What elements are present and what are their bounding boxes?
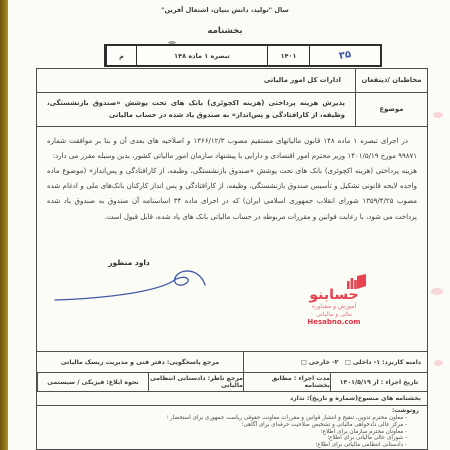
- audience-value: ادارات کل امور مالیاتی: [37, 69, 355, 92]
- execution-duration: مدت اجراء : مطابق بخشنامه: [243, 373, 330, 391]
- book-chart-icon: [345, 274, 367, 294]
- circular-number-handwritten: ۳۵: [338, 49, 352, 62]
- subject-value: پذیرش هزینه پرداختی (هزینه اکچوئری) بانک…: [37, 93, 355, 126]
- audience-row: مخاطبان /ذینفعان ادارات کل امور مالیاتی: [37, 69, 427, 93]
- logo-url: Hesabno.com: [299, 318, 369, 327]
- circular-number-cell: ۳۵: [309, 46, 380, 65]
- circular-code-cell: م: [106, 46, 136, 65]
- cc-item: - مرکز عالی دادخواهی مالیاتی و تشخیص صلا…: [41, 422, 419, 429]
- scope-of-application: دامنه کاربرد: ۱- داخلی □ ۲- خارجی □: [243, 352, 427, 372]
- logo-tagline-1: آموزش و مشاوره: [299, 303, 369, 311]
- cc-item: - معاون محترم تدوین، تنقیح و انتشار قوان…: [41, 415, 419, 422]
- notification-method: نحوه ابلاغ: فیزیکی / سیستمی: [37, 373, 148, 391]
- hesabno-watermark: حسابنو آموزش و مشاوره مالی و مالیاتی Hes…: [299, 282, 369, 327]
- scanned-circular-document: سال "تولید، دانش بنیان، اشتغال آفرین" بخ…: [0, 0, 450, 450]
- repealed-circulars: بخشنامه های منسوخ(شماره و تاریخ): ندارد: [37, 392, 427, 406]
- circular-reference-table: ۳۵ ۱۴۰۱ تبصره ۱ ماده ۱۴۸ م: [104, 44, 382, 67]
- body-paragraph-1: در اجرای تبصره ۱ ماده ۱۴۸ قانون مالیاتها…: [47, 134, 417, 164]
- subject-row: موضوع پذیرش هزینه پرداختی (هزینه اکچوئری…: [37, 93, 427, 127]
- year-slogan: سال "تولید، دانش بنیان، اشتغال آفرین": [10, 6, 440, 14]
- document-title: بخشنامه: [10, 26, 440, 36]
- page-edge-strip: [0, 0, 8, 450]
- body-cell: در اجرای تبصره ۱ ماده ۱۴۸ قانون مالیاتها…: [37, 127, 427, 353]
- scope-row: دامنه کاربرد: ۱- داخلی □ ۲- خارجی □ مرجع…: [37, 352, 427, 373]
- audience-label: مخاطبان /ذینفعان: [355, 69, 427, 92]
- scan-artifact: [434, 360, 443, 366]
- body-text: در اجرای تبصره ۱ ماده ۱۴۸ قانون مالیاتها…: [37, 127, 427, 225]
- responding-authority: مرجع پاسخگویی: دفتر فنی و مدیریت ریسک ما…: [37, 352, 243, 372]
- circular-year-cell: ۱۴۰۱: [267, 46, 309, 65]
- supervising-authority: مرجع ناظر: دادستانی انتظامی مالیاتی: [148, 373, 243, 391]
- logo-tagline-2: مالی و مالیاتی: [299, 311, 369, 319]
- cc-item: - شورای عالی مالیاتی برای اطلاع؛: [41, 435, 419, 442]
- execution-row: تاریخ اجراء : از ۱۴۰۱/۵/۱۹ مدت اجراء : م…: [37, 373, 427, 392]
- document-body-table: مخاطبان /ذینفعان ادارات کل امور مالیاتی …: [36, 68, 428, 450]
- subject-label: موضوع: [355, 93, 427, 126]
- cc-item: - دادستانی انتظامی مالیاتی برای اطلاع؛: [41, 442, 419, 449]
- execution-date: تاریخ اجراء : از ۱۴۰۱/۵/۱۹: [330, 373, 427, 391]
- body-paragraph-2: هزینه پرداختی (هزینه اکچوئری) بانک های ت…: [47, 164, 417, 225]
- scan-artifact: [431, 288, 443, 295]
- scan-artifact: [433, 112, 443, 118]
- cc-label: رونوشت:: [41, 408, 419, 415]
- cc-section: رونوشت: - معاون محترم تدوین، تنقیح و انت…: [37, 406, 427, 449]
- signature-stroke-icon: [47, 265, 217, 311]
- circular-ref-cell: تبصره ۱ ماده ۱۴۸: [136, 46, 267, 65]
- cc-item: - معاونان محترم سازمان برای اطلاع؛: [41, 429, 419, 436]
